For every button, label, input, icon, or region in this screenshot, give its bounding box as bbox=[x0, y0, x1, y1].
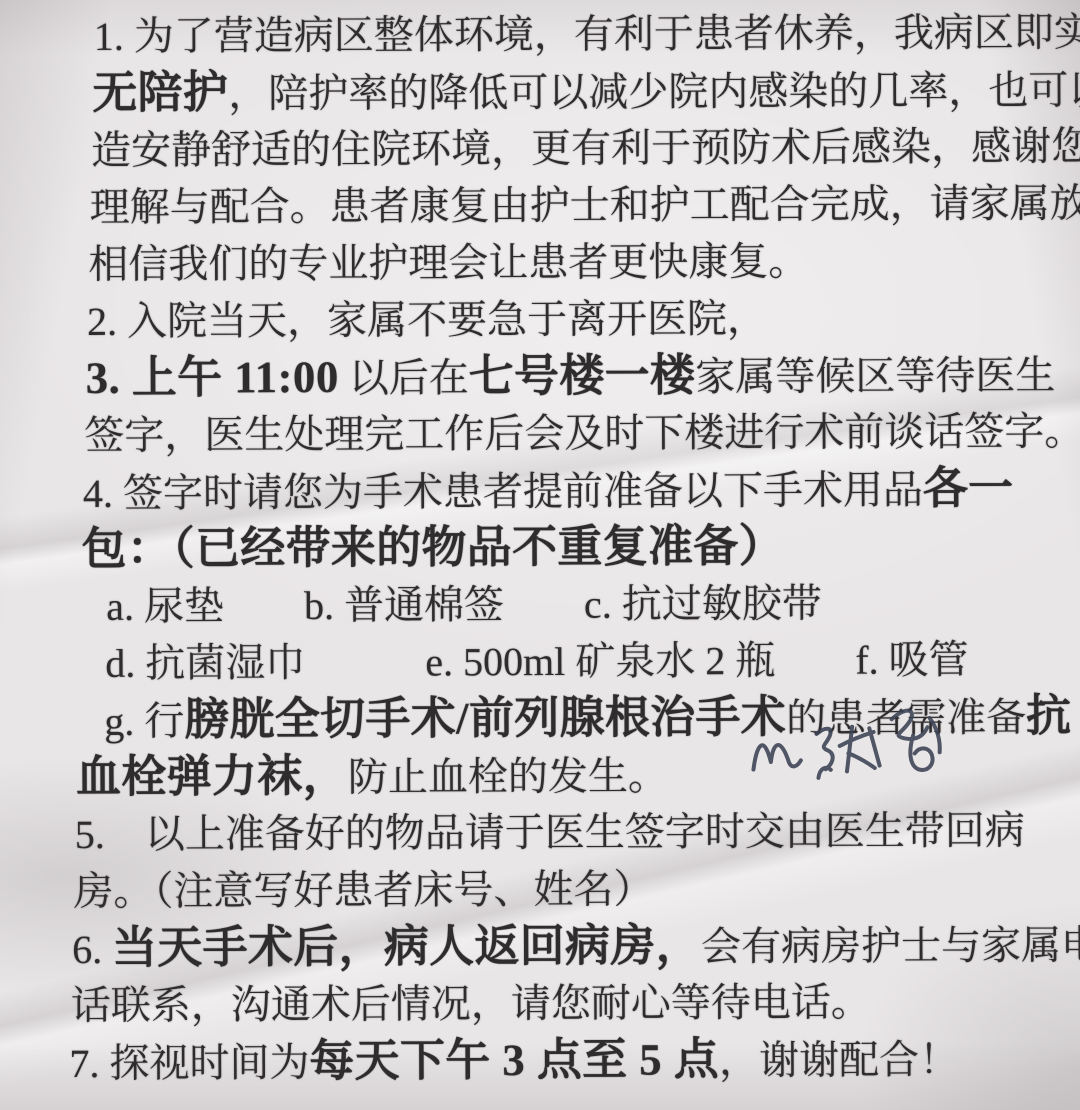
body-text: 理解与配合。患者康复由护士和护工配合完成，请家属放心， bbox=[90, 180, 1080, 230]
text-line: 5. 以上准备好的物品请于医生签字时交由医生带回病 bbox=[75, 802, 1080, 863]
text-line: 4. 签字时请您为手术患者提前准备以下手术用品各一 bbox=[83, 460, 1080, 521]
text-line: 1. 为了营造病区整体环境，有利于患者休养，我病区即实行 bbox=[94, 4, 1078, 65]
text-line: 3. 上午 11:00 以后在七号楼一楼家属等候区等待医生 bbox=[86, 346, 1080, 407]
body-text: 相信我们的专业护理会让患者更快康复。 bbox=[88, 239, 808, 287]
body-text: g. 行 bbox=[104, 699, 184, 744]
body-text: 1. 为了营造病区整体环境，有利于患者休养，我病区即实行 bbox=[94, 9, 1080, 59]
document-body: 1. 为了营造病区整体环境，有利于患者休养，我病区即实行无陪护，陪护率的降低可以… bbox=[0, 4, 1080, 1092]
emphasized-text: 当天手术后，病人返回病房， bbox=[112, 920, 701, 973]
text-line: 理解与配合。患者康复由护士和护工配合完成，请家属放心， bbox=[90, 175, 1079, 236]
emphasized-text: 膀胱全切手术/前列腺根治手术 bbox=[184, 692, 786, 745]
emphasized-text: 血栓弹力袜， bbox=[76, 751, 348, 802]
text-line: 相信我们的专业护理会让患者更快康复。 bbox=[88, 232, 1079, 293]
text-line: a. 尿垫 b. 普通棉签 c. 抗过敏胶带 bbox=[106, 574, 1080, 635]
body-text: 会有病房护士与家属电 bbox=[701, 923, 1080, 970]
emphasized-text: 七号楼一楼 bbox=[469, 350, 696, 401]
body-text: 2. 入院当天，家属不要急于离开医院， bbox=[87, 296, 767, 344]
text-line: 签字，医生处理完工作后会及时下楼进行术前谈话签字。 bbox=[84, 403, 1079, 464]
body-text: 5. 以上准备好的物品请于医生签字时交由医生带回病 bbox=[75, 808, 1025, 857]
body-text: 话联系，沟通术后情况，请您耐心等待电话。 bbox=[71, 980, 871, 1028]
body-text: ，谢谢配合！ bbox=[719, 1037, 959, 1083]
body-text: 6. bbox=[72, 927, 112, 972]
emphasized-text: 无陪护 bbox=[92, 67, 228, 118]
text-line: 7. 探视时间为每天下午 3 点至 5 点，谢谢配合！ bbox=[69, 1030, 1080, 1091]
body-text: 7. 探视时间为 bbox=[69, 1040, 309, 1086]
emphasized-text: 包：（已经带来的物品不重复准备） bbox=[81, 521, 784, 574]
body-text: 造安静舒适的住院环境，更有利于预防术后感染，感谢您的 bbox=[91, 123, 1080, 173]
body-text: 4. 签字时请您为手术患者提前准备以下手术用品 bbox=[83, 467, 923, 516]
text-line: 造安静舒适的住院环境，更有利于预防术后感染，感谢您的 bbox=[91, 118, 1078, 179]
paper-background: 1. 为了营造病区整体环境，有利于患者休养，我病区即实行无陪护，陪护率的降低可以… bbox=[0, 0, 1080, 1110]
emphasized-text: 抗 bbox=[1026, 691, 1072, 741]
text-line: 话联系，沟通术后情况，请您耐心等待电话。 bbox=[71, 973, 1080, 1034]
body-text: 家属等候区等待医生 bbox=[695, 353, 1055, 400]
text-line: 房。（注意写好患者床号、姓名） bbox=[73, 859, 1080, 920]
body-text: 防止血栓的发生。 bbox=[348, 753, 668, 799]
text-line: d. 抗菌湿巾 e. 500ml 矿泉水 2 瓶 f. 吸管 bbox=[105, 631, 1080, 692]
body-text: 签字，医生处理完工作后会及时下楼进行术前谈话签字。 bbox=[84, 409, 1080, 458]
handwritten-scribble-note bbox=[738, 688, 986, 809]
emphasized-text: 每天下午 3 点至 5 点 bbox=[309, 1034, 719, 1086]
text-line: 无陪护，陪护率的降低可以减少院内感染的几率，也可以营 bbox=[92, 61, 1078, 122]
body-text: d. 抗菌湿巾 e. 500ml 矿泉水 2 瓶 f. 吸管 bbox=[105, 637, 969, 686]
body-text: 以后在 bbox=[339, 355, 469, 401]
emphasized-text: 3. 上午 11:00 bbox=[86, 352, 339, 403]
text-line: 包：（已经带来的物品不重复准备） bbox=[81, 517, 1080, 578]
body-text: ，陪护率的降低可以减少院内感染的几率，也可以营 bbox=[228, 67, 1080, 116]
text-line: 6. 当天手术后，病人返回病房，会有病房护士与家属电 bbox=[72, 916, 1080, 977]
body-text: 房。（注意写好患者床号、姓名） bbox=[73, 867, 653, 915]
body-text: a. 尿垫 b. 普通棉签 c. 抗过敏胶带 bbox=[106, 581, 822, 629]
emphasized-text: 各一 bbox=[923, 463, 1014, 513]
text-line: 2. 入院当天，家属不要急于离开医院， bbox=[87, 289, 1079, 350]
